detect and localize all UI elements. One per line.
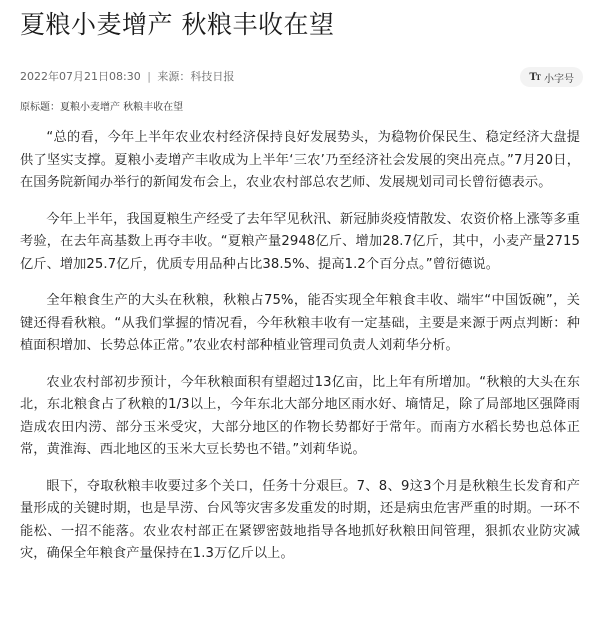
paragraph: “总的看，今年上半年农业农村经济保持良好发展势头，为稳物价保民生、稳定经济大盘提… [20,127,580,195]
meta-separator: | [147,70,151,83]
article-title: 夏粮小麦增产 秋粮丰收在望 [20,0,580,41]
paragraph: 农业农村部初步预计，今年秋粮面积有望超过13亿亩，比上年有所增加。“秋粮的大头在… [20,372,580,462]
text-size-icon: TT [529,72,540,83]
font-size-toggle-label: 小字号 [544,70,574,85]
article-meta-row: 2022年07月21日08:30 | 来源：科技日报 TT 小字号 [20,67,580,87]
font-size-toggle-button[interactable]: TT 小字号 [520,67,583,87]
paragraph: 眼下，夺取秋粮丰收要过多个关口，任务十分艰巨。7、8、9这3个月是秋粮生长发育和… [20,476,580,566]
article: 夏粮小麦增产 秋粮丰收在望 2022年07月21日08:30 | 来源：科技日报… [0,0,600,566]
paragraph: 今年上半年，我国夏粮生产经受了去年罕见秋汛、新冠肺炎疫情散发、农资价格上涨等多重… [20,209,580,277]
article-body: “总的看，今年上半年农业农村经济保持良好发展势头，为稳物价保民生、稳定经济大盘提… [20,127,580,566]
publish-datetime: 2022年07月21日08:30 [20,70,141,83]
source-label: 来源：科技日报 [157,70,234,83]
paragraph: 全年粮食生产的大头在秋粮，秋粮占75%，能否实现全年粮食丰收、端牢“中国饭碗”，… [20,290,580,358]
original-title: 原标题：夏粮小麦增产 秋粮丰收在望 [20,101,580,115]
article-meta: 2022年07月21日08:30 | 来源：科技日报 [20,69,234,85]
